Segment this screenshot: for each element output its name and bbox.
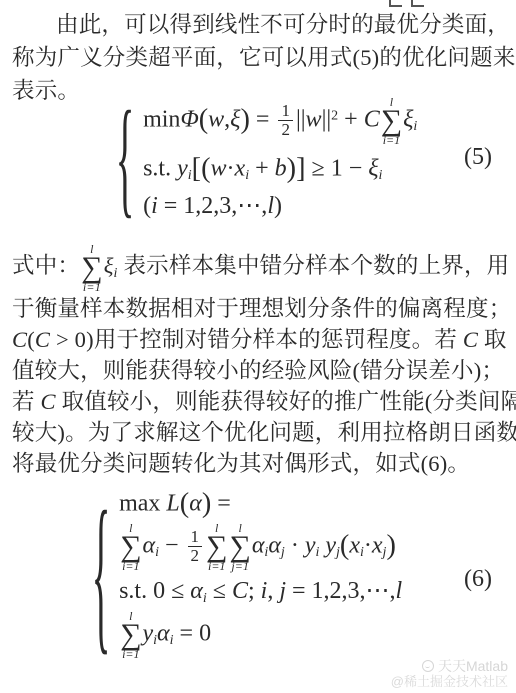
math-token: ||	[296, 106, 306, 132]
math-token: ≥ 1 −	[306, 155, 369, 181]
fraction: 12	[188, 528, 203, 566]
math-token: 取	[478, 327, 507, 352]
math-token: ξ	[368, 155, 378, 181]
math-token: l	[396, 578, 403, 604]
equation-6-label: (6)	[464, 566, 492, 593]
math-token: C	[232, 578, 248, 604]
text-line: 值较大，则能获得较小的经验风险(错分误差小)；	[12, 355, 514, 386]
math-token: ξ	[230, 106, 240, 132]
math-token: 表示样本集中错分样本个数的上界，用	[118, 253, 510, 278]
math-token: w	[211, 155, 227, 181]
math-token: )	[240, 104, 249, 135]
math-token: = 0	[174, 621, 212, 647]
math-token: i	[151, 193, 158, 219]
math-token: C	[12, 327, 27, 352]
text-line: 于衡量样本数据相对于理想划分条件的偏离程度；	[12, 293, 514, 324]
artifact-mark	[411, 0, 424, 7]
math-token: C	[364, 106, 380, 132]
math-token: s.t.	[143, 155, 177, 181]
math-token: b	[275, 155, 287, 181]
math-token: α	[268, 532, 281, 558]
math-token: α	[252, 532, 265, 558]
math-token: α	[189, 490, 202, 516]
summation-symbol: l∑i=1	[206, 522, 227, 572]
text-line-with-formula: C(C > 0)用于控制对错分样本的惩罚程度。若 C 取	[12, 324, 514, 355]
equation-5-line-3: (i = 1,2,3,⋯,l)	[143, 191, 417, 220]
math-token: +	[249, 155, 275, 181]
math-token: = 1,2,3,⋯,	[158, 193, 268, 219]
math-token: s.t. 0 ≤	[119, 578, 190, 604]
math-token: > 0)	[50, 327, 94, 352]
equation-5-line-2: s.t. yi[(w·xi + b)] ≥ 1 − ξi	[143, 153, 417, 185]
summation-symbol: l∑i=1	[381, 96, 402, 146]
math-token: w	[208, 106, 224, 132]
math-token: (	[199, 104, 208, 135]
math-token: =	[211, 490, 231, 516]
text-line: 由此，可以得到线性不可分时的最优分类面，	[12, 8, 514, 41]
math-token: 取值较小，则能获得较好的推广性能(分类间隔	[56, 389, 516, 414]
math-token: ||	[322, 106, 332, 132]
math-token: (	[201, 153, 210, 184]
text-line: 将最优分类问题转化为其对偶形式，如式(6)。	[12, 448, 514, 479]
equation-6-body: max L(α) = l∑i=1αi − 12l∑i=1l∑j=1αiαj · …	[119, 488, 402, 660]
text-line: 称为广义分类超平面，它可以用式(5)的优化问题来	[12, 41, 514, 74]
equation-5-line-1: minΦ(w,ξ) = 12||w||2 + Cl∑i=1ξi	[143, 96, 417, 146]
equation-6-line-3: s.t. 0 ≤ αi ≤ C; i, j = 1,2,3,⋯,l	[119, 576, 402, 607]
math-token: (	[340, 530, 349, 561]
text-line: 较大)。为了求解这个优化问题，利用拉格朗日函数，	[12, 417, 514, 448]
watermark-row: 天天Matlab	[391, 658, 508, 674]
math-token: ξ	[104, 253, 114, 278]
text-line-with-formula: 若 C 取值较小，则能获得较好的推广性能(分类间隔	[12, 386, 514, 417]
summation-symbol: l∑j=1	[229, 522, 250, 572]
math-token: max	[119, 490, 166, 516]
math-token: α	[190, 578, 203, 604]
text-line-with-formula: 式中：l∑i=1ξi 表示样本集中错分样本个数的上界，用	[12, 243, 514, 293]
math-token: i	[379, 168, 383, 183]
equation-6-line-4: l∑i=1yiαi = 0	[119, 610, 402, 660]
math-token: ·	[227, 155, 235, 181]
math-token: x	[372, 532, 383, 558]
summation-symbol: l∑i=1	[120, 522, 141, 572]
math-token: )	[386, 530, 395, 561]
paragraph-2: 式中：l∑i=1ξi 表示样本集中错分样本个数的上界，用 于衡量样本数据相对于理…	[12, 243, 514, 479]
math-token: [	[192, 153, 201, 184]
math-token: −	[159, 532, 185, 558]
equation-5: { minΦ(w,ξ) = 12||w||2 + Cl∑i=1ξi s.t. y…	[114, 96, 516, 220]
cropped-text-artifact	[389, 0, 424, 6]
math-token: ·	[364, 532, 372, 558]
paragraph-1: 由此，可以得到线性不可分时的最优分类面， 称为广义分类超平面，它可以用式(5)的…	[12, 8, 514, 107]
math-token: ·	[285, 532, 305, 558]
math-token: ,	[267, 578, 279, 604]
math-token: (	[143, 193, 151, 219]
watermark-community: @稀土掘金技术社区	[391, 674, 508, 689]
math-token: y	[142, 621, 153, 647]
math-token: j	[279, 578, 286, 604]
math-token: = 1,2,3,⋯,	[286, 578, 396, 604]
math-token: i	[413, 119, 417, 134]
math-token: α	[142, 532, 155, 558]
math-token: y	[305, 532, 316, 558]
equation-5-label: (5)	[464, 144, 492, 171]
watermark-avatar-icon	[422, 660, 434, 672]
watermark: 天天Matlab @稀土掘金技术社区	[391, 658, 508, 689]
math-token: (	[27, 327, 35, 352]
math-token: ]	[296, 153, 305, 184]
math-token: y	[319, 532, 336, 558]
math-token: α	[157, 621, 170, 647]
equation-6-line-1: max L(α) =	[119, 488, 402, 520]
math-token: (	[180, 488, 189, 519]
math-token: x	[349, 532, 360, 558]
math-token: C	[35, 327, 50, 352]
document-page: 由此，可以得到线性不可分时的最优分类面， 称为广义分类超平面，它可以用式(5)的…	[0, 0, 516, 693]
math-token: L	[166, 490, 179, 516]
math-token: ξ	[403, 106, 413, 132]
math-token: w	[306, 106, 322, 132]
math-token: )	[274, 193, 282, 219]
watermark-name: 天天Matlab	[438, 658, 508, 674]
left-brace: {	[116, 92, 135, 223]
fraction: 12	[278, 102, 293, 140]
equation-6: { max L(α) = l∑i=1αi − 12l∑i=1l∑j=1αiαj …	[90, 488, 516, 660]
math-token: 若	[12, 389, 41, 414]
left-brace: {	[92, 487, 111, 662]
math-token: )	[287, 153, 296, 184]
equation-6-line-2: l∑i=1αi − 12l∑i=1l∑j=1αiαj · yi yj(xi·xj…	[119, 522, 402, 572]
summation-symbol: l∑i=1	[120, 610, 141, 660]
math-token: )	[202, 488, 211, 519]
summation-symbol: l∑i=1	[81, 243, 103, 293]
math-token: Φ	[180, 106, 198, 132]
math-token: =	[250, 106, 276, 132]
math-token: +	[338, 106, 364, 132]
math-token: ≤	[207, 578, 232, 604]
artifact-mark	[389, 0, 402, 7]
math-token: min	[143, 106, 180, 132]
math-token: ;	[248, 578, 261, 604]
math-token: l	[267, 193, 274, 219]
math-token: C	[463, 327, 478, 352]
math-token: x	[235, 155, 246, 181]
math-token: C	[41, 389, 56, 414]
math-token: 式中：	[12, 253, 80, 278]
math-token: 用于控制对错分样本的惩罚程度。若	[94, 327, 463, 352]
math-token: y	[177, 155, 188, 181]
equation-5-body: minΦ(w,ξ) = 12||w||2 + Cl∑i=1ξi s.t. yi[…	[143, 96, 417, 220]
